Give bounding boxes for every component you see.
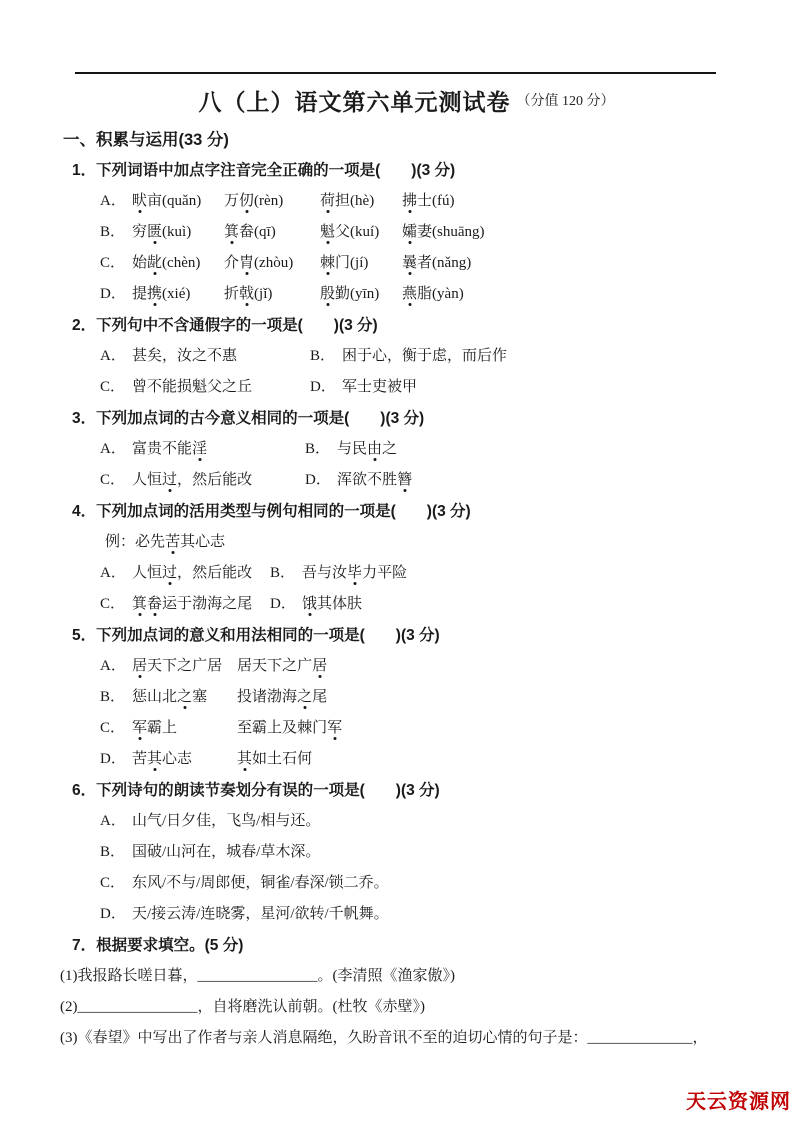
option-label: B．: [305, 437, 337, 458]
option-label: B．: [100, 685, 132, 706]
q1-option-row-a: A． 畎亩(quǎn) 万仞(rèn) 荷担(hè) 拂士(fú): [60, 184, 753, 215]
q6-option-row-b: B． 国破/山河在，城春/草木深。: [60, 835, 753, 866]
option-text: 富贵不能淫: [132, 441, 207, 457]
option-text: 与民由之: [337, 441, 397, 457]
score-note: （分值 120 分）: [517, 90, 615, 110]
option-phrase: 苦其心志: [132, 747, 237, 768]
option-ab-right: B．困于心，衡于虑，而后作: [310, 344, 507, 365]
q1-option-row-d: D． 提携(xié) 折戟(jǐ) 殷勤(yīn) 燕脂(yàn): [60, 277, 753, 308]
option-label: B．: [270, 561, 302, 582]
option-cd-right: D．饿其体肤: [270, 592, 362, 613]
option-ab-left: A．甚矣，汝之不惠: [100, 344, 310, 365]
option-label: D．: [100, 282, 132, 303]
q2-stem: 2．下列句中不含通假字的一项是( )(3 分): [60, 308, 753, 339]
q3-option-row-cd: C．人恒过，然后能改 D．浑欲不胜簪: [60, 463, 753, 494]
q6-option-row-a: A． 山气/日夕佳，飞鸟/相与还。: [60, 804, 753, 835]
option-cd-left: C．人恒过，然后能改: [100, 468, 305, 489]
q6-option-row-c: C． 东风/不与/周郎便，铜雀/春深/锁二乔。: [60, 866, 753, 897]
paper-title: 八（上）语文第六单元测试卷: [199, 84, 511, 117]
option-label: A．: [100, 189, 132, 210]
option-phrase: 投诸渤海之尾: [237, 685, 753, 706]
option-label: C．: [100, 468, 132, 489]
option-label: A．: [100, 561, 132, 582]
option-item: 拂士(fú): [402, 189, 753, 210]
option-item: 棘门(jí): [320, 251, 402, 272]
option-text: 国破/山河在，城春/草木深。: [132, 840, 320, 861]
q2-option-row-cd: C．曾不能损魁父之丘 D．军士吏被甲: [60, 370, 753, 401]
q5-option-row-c: C． 军霸上 至霸上及棘门军: [60, 711, 753, 742]
option-item: 箕畚(qī): [224, 220, 320, 241]
option-text: 山气/日夕佳，飞鸟/相与还。: [132, 809, 320, 830]
q1-option-row-c: C． 始龀(chèn) 介胄(zhòu) 棘门(jí) 曩者(nǎng): [60, 246, 753, 277]
q2-option-row-ab: A．甚矣，汝之不惠 B．困于心，衡于虑，而后作: [60, 339, 753, 370]
option-label: B．: [100, 840, 132, 861]
option-cd-right: D．军士吏被甲: [310, 375, 417, 396]
option-item: 提携(xié): [132, 282, 224, 303]
option-label: D．: [100, 902, 132, 923]
option-label: C．: [100, 375, 132, 396]
q3-option-row-ab: A．富贵不能淫 B．与民由之: [60, 432, 753, 463]
option-cd-left: C．箕畚运于渤海之尾: [100, 592, 270, 613]
option-label: A．: [100, 654, 132, 675]
option-text: 甚矣，汝之不惠: [132, 348, 237, 364]
option-phrase: 其如土石何: [237, 747, 753, 768]
option-ab-right: B．与民由之: [305, 437, 397, 458]
option-label: C．: [100, 871, 132, 892]
q7-fill-line-3: (3)《春望》中写出了作者与亲人消息隔绝，久盼音讯不至的迫切心情的句子是：___…: [60, 1021, 753, 1052]
option-text: 人恒过，然后能改: [132, 472, 252, 488]
option-label: D．: [100, 747, 132, 768]
q7-stem: 7．根据要求填空。(5 分): [60, 928, 753, 959]
header-divider: [75, 72, 716, 74]
q5-option-row-d: D． 苦其心志 其如土石何: [60, 742, 753, 773]
q4-example: 例：必先苦其心志: [60, 525, 753, 556]
option-item: 介胄(zhòu): [224, 251, 320, 272]
option-phrase: 居天下之广居: [132, 654, 237, 675]
option-label: D．: [270, 592, 302, 613]
watermark: 天云资源网: [686, 1085, 791, 1114]
option-text: 人恒过，然后能改: [132, 565, 252, 581]
q6-option-row-d: D． 天/接云涛/连晓雾，星河/欲转/千帆舞。: [60, 897, 753, 928]
option-label: D．: [310, 375, 342, 396]
option-text: 吾与汝毕力平险: [302, 565, 407, 581]
option-item: 万仞(rèn): [224, 189, 320, 210]
option-text: 天/接云涛/连晓雾，星河/欲转/千帆舞。: [132, 902, 389, 923]
option-text: 箕畚运于渤海之尾: [132, 596, 252, 612]
q5-option-row-b: B． 惩山北之塞 投诸渤海之尾: [60, 680, 753, 711]
option-item: 燕脂(yàn): [402, 282, 753, 303]
q1-option-row-b: B． 穷匮(kuì) 箕畚(qī) 魁父(kuí) 孀妻(shuāng): [60, 215, 753, 246]
option-phrase: 居天下之广居: [237, 654, 753, 675]
option-label: D．: [305, 468, 337, 489]
option-ab-left: A．富贵不能淫: [100, 437, 305, 458]
option-text: 军士吏被甲: [342, 379, 417, 395]
option-item: 魁父(kuí): [320, 220, 402, 241]
option-label: B．: [310, 344, 342, 365]
paper-content: 八（上）语文第六单元测试卷 （分值 120 分） 一、积累与运用(33 分) 1…: [60, 78, 753, 1052]
test-paper-page: 八（上）语文第六单元测试卷 （分值 120 分） 一、积累与运用(33 分) 1…: [0, 0, 793, 1122]
q5-stem: 5．下列加点词的意义和用法相同的一项是( )(3 分): [60, 618, 753, 649]
option-label: A．: [100, 344, 132, 365]
section-heading: 一、积累与运用(33 分): [60, 122, 753, 153]
option-item: 始龀(chèn): [132, 251, 224, 272]
option-text: 曾不能损魁父之丘: [132, 379, 252, 395]
q1-stem: 1．下列词语中加点字注音完全正确的一项是( )(3 分): [60, 153, 753, 184]
q7-fill-line-2: (2)________________，自将磨洗认前朝。(杜牧《赤壁》): [60, 990, 753, 1021]
q4-stem: 4．下列加点词的活用类型与例句相同的一项是( )(3 分): [60, 494, 753, 525]
option-label: A．: [100, 437, 132, 458]
option-text: 浑欲不胜簪: [337, 472, 412, 488]
option-item: 荷担(hè): [320, 189, 402, 210]
option-item: 曩者(nǎng): [402, 251, 753, 272]
option-label: B．: [100, 220, 132, 241]
option-cd-right: D．浑欲不胜簪: [305, 468, 412, 489]
q3-stem: 3．下列加点词的古今意义相同的一项是( )(3 分): [60, 401, 753, 432]
option-label: C．: [100, 716, 132, 737]
option-item: 折戟(jǐ): [224, 282, 320, 303]
option-item: 孀妻(shuāng): [402, 220, 753, 241]
option-item: 穷匮(kuì): [132, 220, 224, 241]
option-phrase: 惩山北之塞: [132, 685, 237, 706]
option-label: C．: [100, 592, 132, 613]
title-line: 八（上）语文第六单元测试卷 （分值 120 分）: [60, 78, 753, 122]
q4-option-row-cd: C．箕畚运于渤海之尾 D．饿其体肤: [60, 587, 753, 618]
option-text: 困于心，衡于虑，而后作: [342, 348, 507, 364]
option-ab-left: A．人恒过，然后能改: [100, 561, 270, 582]
option-text: 东风/不与/周郎便，铜雀/春深/锁二乔。: [132, 871, 389, 892]
q5-option-row-a: A． 居天下之广居 居天下之广居: [60, 649, 753, 680]
q4-option-row-ab: A．人恒过，然后能改 B．吾与汝毕力平险: [60, 556, 753, 587]
option-text: 饿其体肤: [302, 596, 362, 612]
option-phrase: 至霸上及棘门军: [237, 716, 753, 737]
option-phrase: 军霸上: [132, 716, 237, 737]
option-item: 畎亩(quǎn): [132, 189, 224, 210]
option-label: A．: [100, 809, 132, 830]
option-cd-left: C．曾不能损魁父之丘: [100, 375, 310, 396]
option-label: C．: [100, 251, 132, 272]
q6-stem: 6．下列诗句的朗读节奏划分有误的一项是( )(3 分): [60, 773, 753, 804]
option-ab-right: B．吾与汝毕力平险: [270, 561, 407, 582]
q7-fill-line-1: (1)我报路长嗟日暮，________________。(李清照《渔家傲》): [60, 959, 753, 990]
option-item: 殷勤(yīn): [320, 282, 402, 303]
